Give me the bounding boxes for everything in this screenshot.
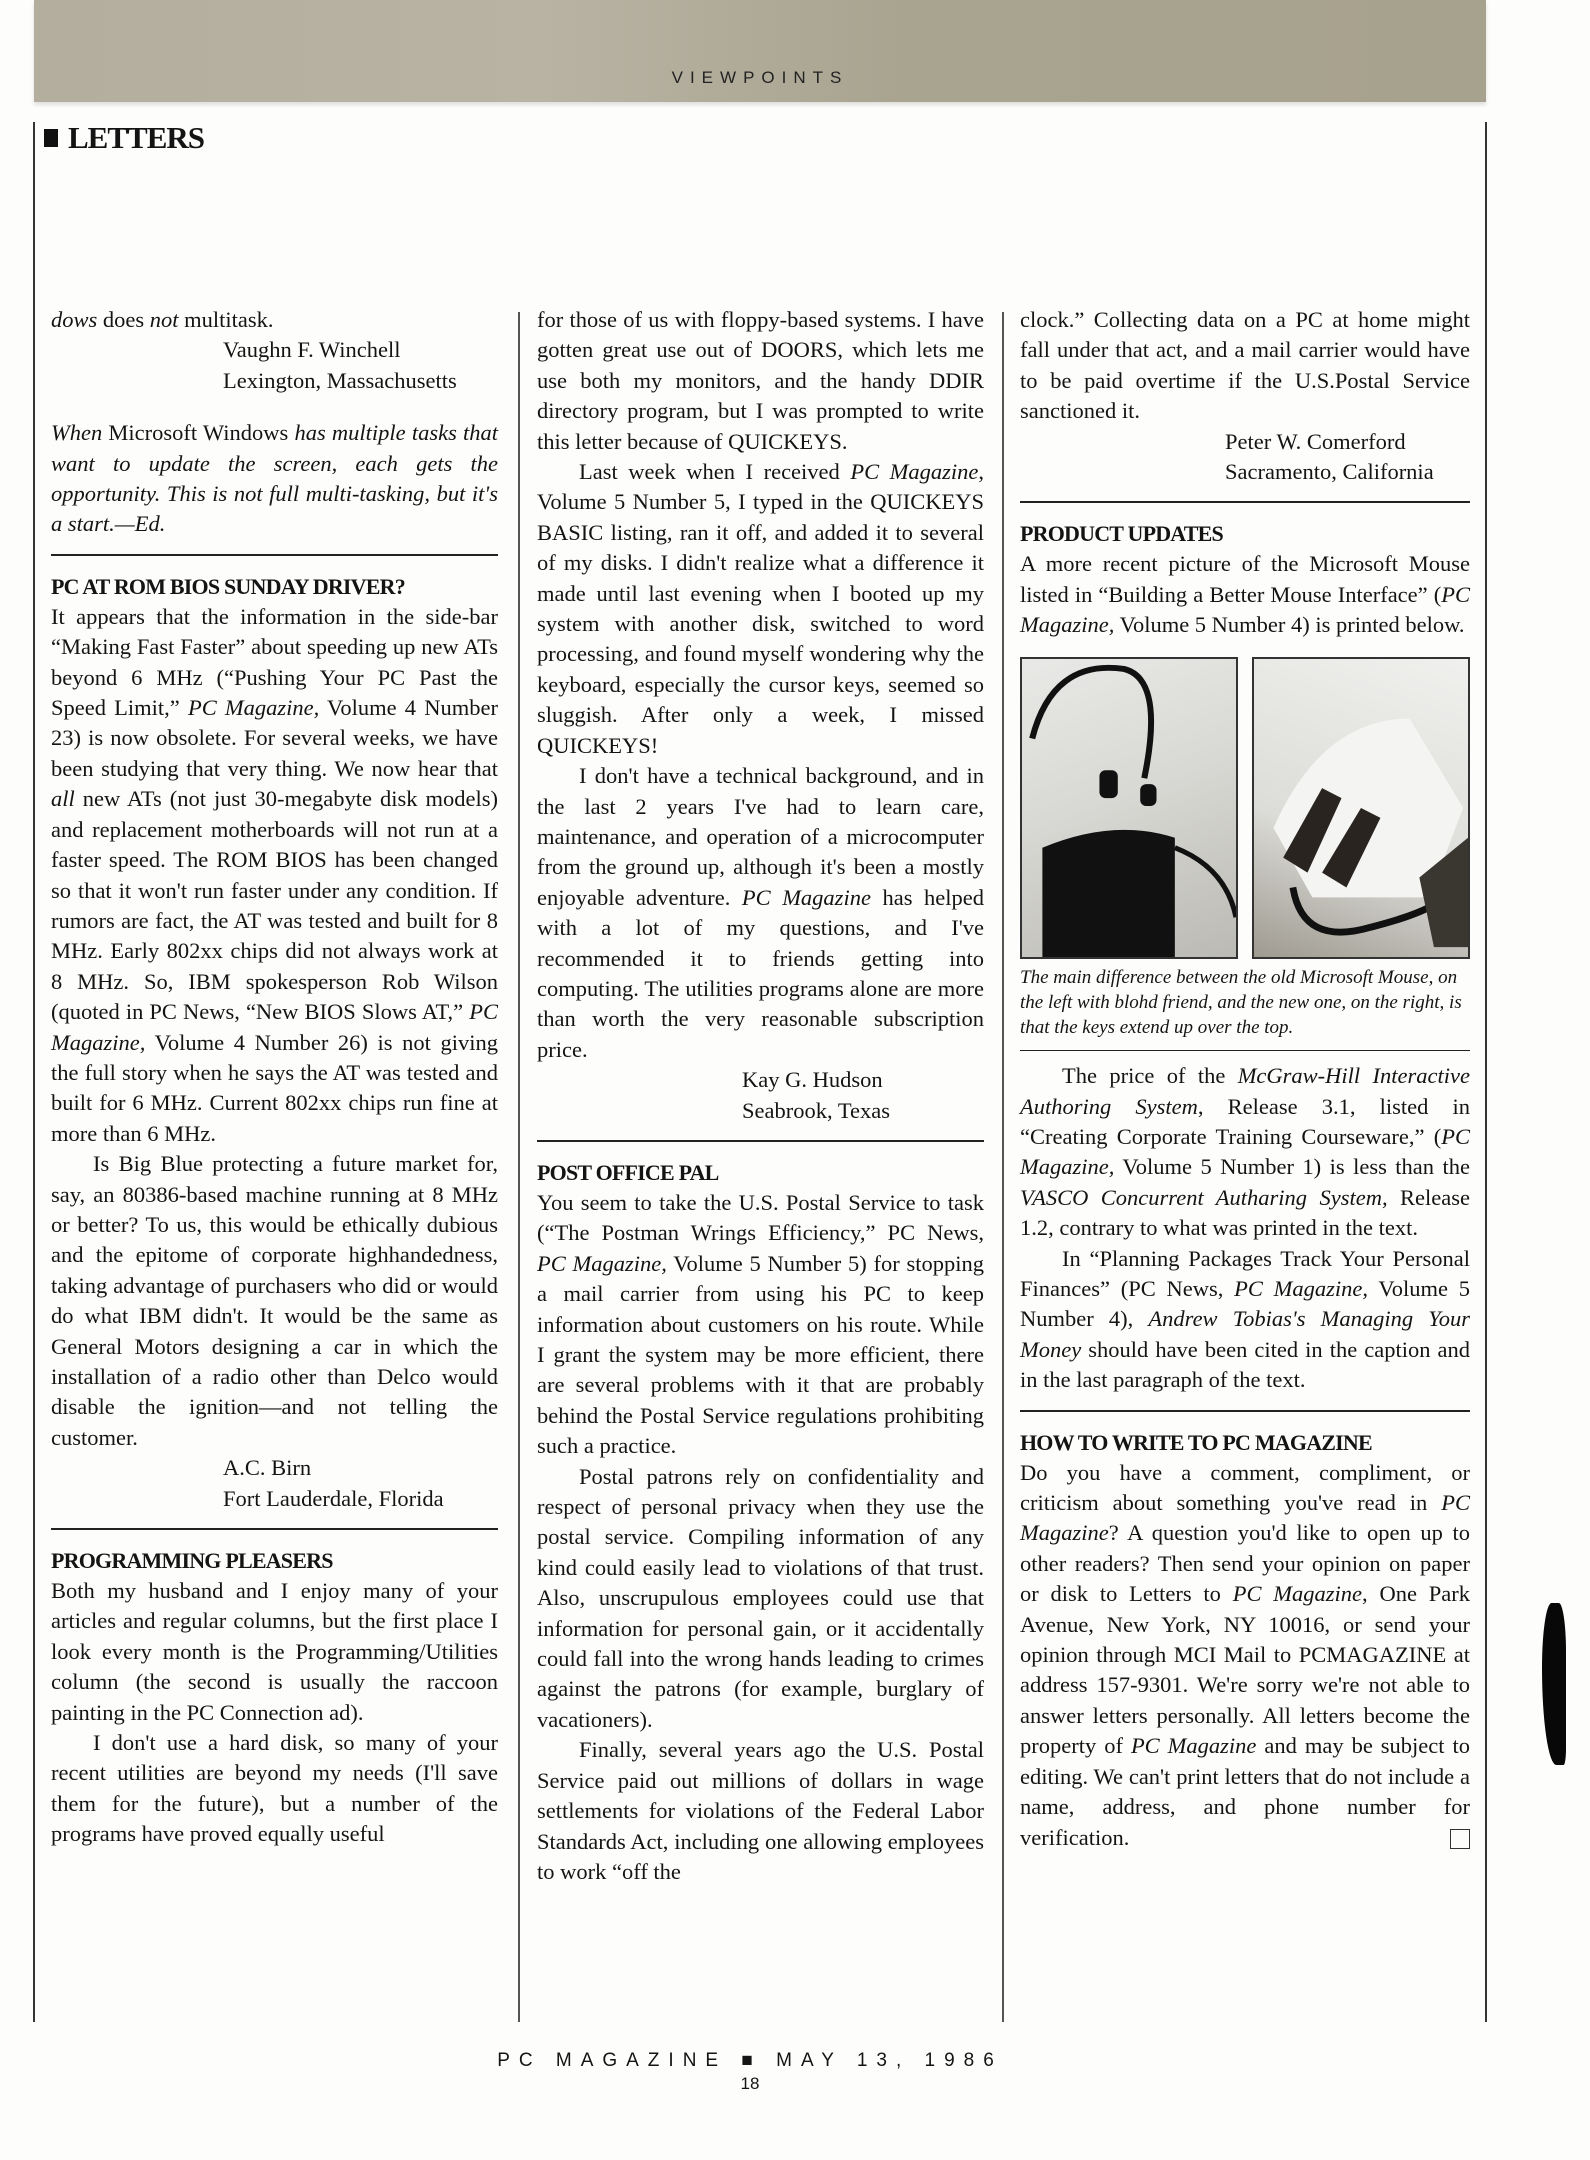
signature-name: Kay G. Hudson (537, 1065, 984, 1095)
signature-name: Peter W. Comerford (1020, 427, 1470, 457)
signature-place: Sacramento, California (1020, 457, 1470, 487)
letter-continuation: dows does not multitask. (51, 305, 498, 335)
letter-heading: PC AT ROM BIOS SUNDAY DRIVER? (51, 572, 498, 602)
column-divider (518, 312, 520, 2022)
letter-body: I don't have a technical background, and… (537, 761, 984, 1065)
footer-publication: PC MAGAZINE ■ MAY 13, 1986 (0, 2050, 1590, 2072)
header-band: VIEWPOINTS (34, 0, 1486, 102)
scan-ink-mark (1542, 1603, 1566, 1765)
end-of-article-icon (1450, 1829, 1470, 1849)
letter-body: Finally, several years ago the U.S. Post… (537, 1735, 984, 1887)
section-rule (1020, 1410, 1470, 1412)
signature-place: Seabrook, Texas (537, 1096, 984, 1126)
signature-place: Fort Lauderdale, Florida (51, 1484, 498, 1514)
how-to-write-body: Do you have a comment, compliment, or cr… (1020, 1458, 1470, 1853)
updates-heading: PRODUCT UPDATES (1020, 519, 1470, 549)
letter-body: It appears that the information in the s… (51, 602, 498, 1149)
letter-body: for those of us with floppy-based system… (537, 305, 984, 457)
letter-heading: POST OFFICE PAL (537, 1158, 984, 1188)
page-number: 18 (0, 2074, 1590, 2094)
updates-body: In “Planning Packages Track Your Persona… (1020, 1244, 1470, 1396)
page-title-text: LETTERS (68, 120, 204, 156)
photo-caption: The main difference between the old Micr… (1020, 965, 1470, 1040)
section-rule (537, 1140, 984, 1142)
photo-new-mouse (1252, 657, 1470, 959)
section-rule (51, 554, 498, 556)
signature-name: Vaughn F. Winchell (51, 335, 498, 365)
letter-body: You seem to take the U.S. Postal Service… (537, 1188, 984, 1462)
mouse-photos (1020, 657, 1470, 959)
how-to-write-heading: HOW TO WRITE TO PC MAGAZINE (1020, 1428, 1470, 1458)
page-border-right (1485, 122, 1487, 2022)
letter-body: Last week when I received PC Magazine, V… (537, 457, 984, 761)
editor-note: When Microsoft Windows has multiple task… (51, 418, 498, 540)
letter-body: Postal patrons rely on confidentiality a… (537, 1462, 984, 1736)
column-divider (1002, 312, 1004, 2022)
signature-name: A.C. Birn (51, 1453, 498, 1483)
letter-body: I don't use a hard disk, so many of your… (51, 1728, 498, 1850)
updates-body: A more recent picture of the Microsoft M… (1020, 549, 1470, 640)
updates-body: The price of the McGraw-Hill Interactive… (1020, 1061, 1470, 1243)
column-2: for those of us with floppy-based system… (537, 305, 984, 1887)
photo-old-mouse (1020, 657, 1238, 959)
letter-heading: PROGRAMMING PLEASERS (51, 1546, 498, 1576)
column-1: dows does not multitask. Vaughn F. Winch… (51, 305, 498, 1850)
letter-body: Both my husband and I enjoy many of your… (51, 1576, 498, 1728)
signature-place: Lexington, Massachusetts (51, 366, 498, 396)
section-rule (51, 1528, 498, 1530)
section-rule (1020, 1050, 1470, 1052)
section-rule (1020, 501, 1470, 503)
letter-body: Is Big Blue protecting a future market f… (51, 1149, 498, 1453)
column-3: clock.” Collecting data on a PC at home … (1020, 305, 1470, 1853)
page-title: LETTERS (44, 120, 204, 156)
page-border-left (33, 122, 35, 2022)
letter-body: clock.” Collecting data on a PC at home … (1020, 305, 1470, 427)
bullet-square-icon (44, 129, 58, 147)
section-kicker: VIEWPOINTS (34, 68, 1486, 88)
page-footer: PC MAGAZINE ■ MAY 13, 1986 18 (0, 2050, 1590, 2094)
